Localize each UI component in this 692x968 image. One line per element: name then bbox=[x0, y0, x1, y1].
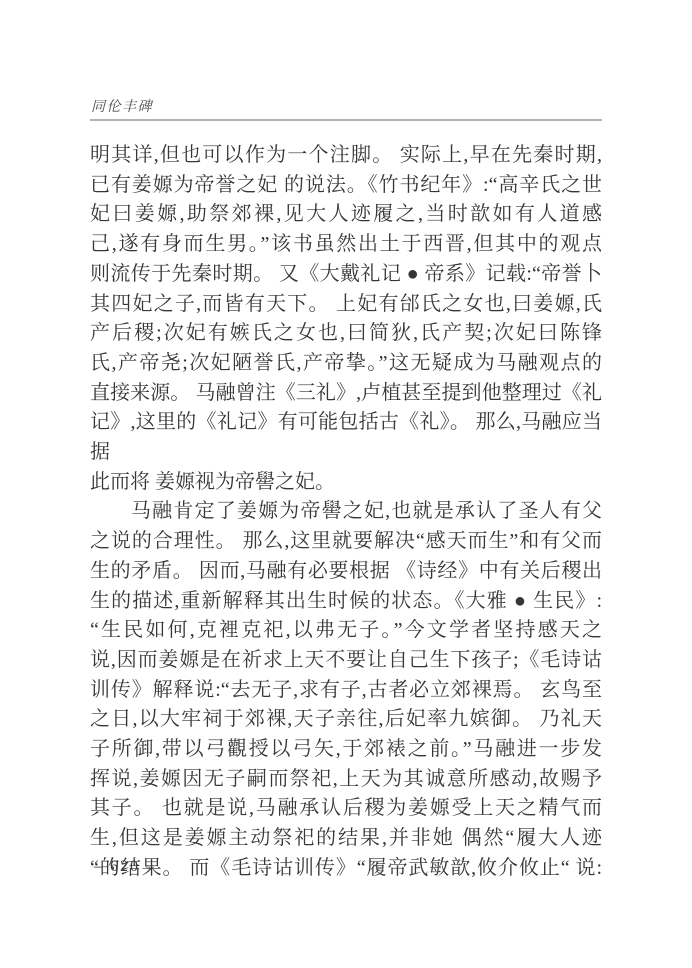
text-line: 记》,这里的《礼记》有可能包括古《礼》。 那么,马融应当据 bbox=[90, 408, 602, 467]
text-line: 说,因而姜嫄是在祈求上天不要让自己生下孩子;《毛诗诂 bbox=[90, 646, 602, 676]
text-line: 己,遂有身而生男。”该书虽然出土于西晋,但其中的观点 bbox=[90, 230, 602, 260]
text-line: 产后稷;次妃有嫉氏之女也,曰简狄,氏产契;次妃曰陈锋 bbox=[90, 319, 602, 349]
text-line: 明其详,但也可以作为一个注脚。 实际上,早在先秦时期, bbox=[90, 141, 602, 171]
text-line: 已有姜嫄为帝誉之妃 的说法。《竹书纪年》:“高辛氏之世 bbox=[90, 171, 602, 201]
text-line: “的结果。 而《毛诗诂训传》“履帝武敏歆,攸介攸止“ 说: bbox=[90, 854, 602, 884]
text-line: 训传》解释说:“去无子,求有子,古者必立郊裸焉。 玄鸟至 bbox=[90, 676, 602, 706]
running-header: 同伦丰碑 bbox=[91, 96, 153, 116]
header-rule bbox=[90, 119, 602, 121]
page-number: – 620 – bbox=[94, 858, 156, 876]
text-line: 生的矛盾。 因而,马融有必要根据 《诗经》中有关后稷出 bbox=[90, 557, 602, 587]
text-line: 妃曰姜嫄,助祭郊裸,见大人迹履之,当时歆如有人道感 bbox=[90, 200, 602, 230]
text-line: 直接来源。 马融曾注《三礼》,卢植甚至提到他整理过《礼 bbox=[90, 379, 602, 409]
text-line: 生的描述,重新解释其出生时候的状态。《大雅 ● 生民》: bbox=[90, 587, 602, 617]
text-line: 其四妃之子,而皆有天下。 上妃有邰氏之女也,曰姜嫄,氏 bbox=[90, 290, 602, 320]
text-line: 则流传于先秦时期。 又《大戴礼记 ● 帝系》记载:“帝誉卜 bbox=[90, 260, 602, 290]
book-page: 同伦丰碑 明其详,但也可以作为一个注脚。 实际上,早在先秦时期,已有姜嫄为帝誉之… bbox=[0, 0, 692, 968]
text-line: 挥说,姜嫄因无子嗣而祭祀,上天为其诚意所感动,故赐予 bbox=[90, 765, 602, 795]
text-line: “生民如何,克裡克祀,以弗无子。”今文学者坚持感天之 bbox=[90, 616, 602, 646]
text-line: 之日,以大牢祠于郊裸,天子亲往,后妃率九嫔御。 乃礼天 bbox=[90, 705, 602, 735]
text-line: 此而将 姜嫄视为帝嚳之妃。 bbox=[90, 468, 602, 498]
text-line: 氏,产帝尧;次妃陋誉氏,产帝挚。”这无疑成为马融观点的 bbox=[90, 349, 602, 379]
text-line: 其子。 也就是说,马融承认后稷为姜嫄受上天之精气而 bbox=[90, 794, 602, 824]
text-line: 生,但这是姜嫄主动祭祀的结果,并非她 偶然“履大人迹 bbox=[90, 824, 602, 854]
text-line: 马融肯定了姜嫄为帝嚳之妃,也就是承认了圣人有父 bbox=[90, 497, 602, 527]
text-line: 之说的合理性。 那么,这里就要解决“感天而生”和有父而 bbox=[90, 527, 602, 557]
body-text: 明其详,但也可以作为一个注脚。 实际上,早在先秦时期,已有姜嫄为帝誉之妃 的说法… bbox=[90, 141, 602, 884]
text-line: 子所御,带以弓觀授以弓矢,于郊裱之前。”马融进一步发 bbox=[90, 735, 602, 765]
